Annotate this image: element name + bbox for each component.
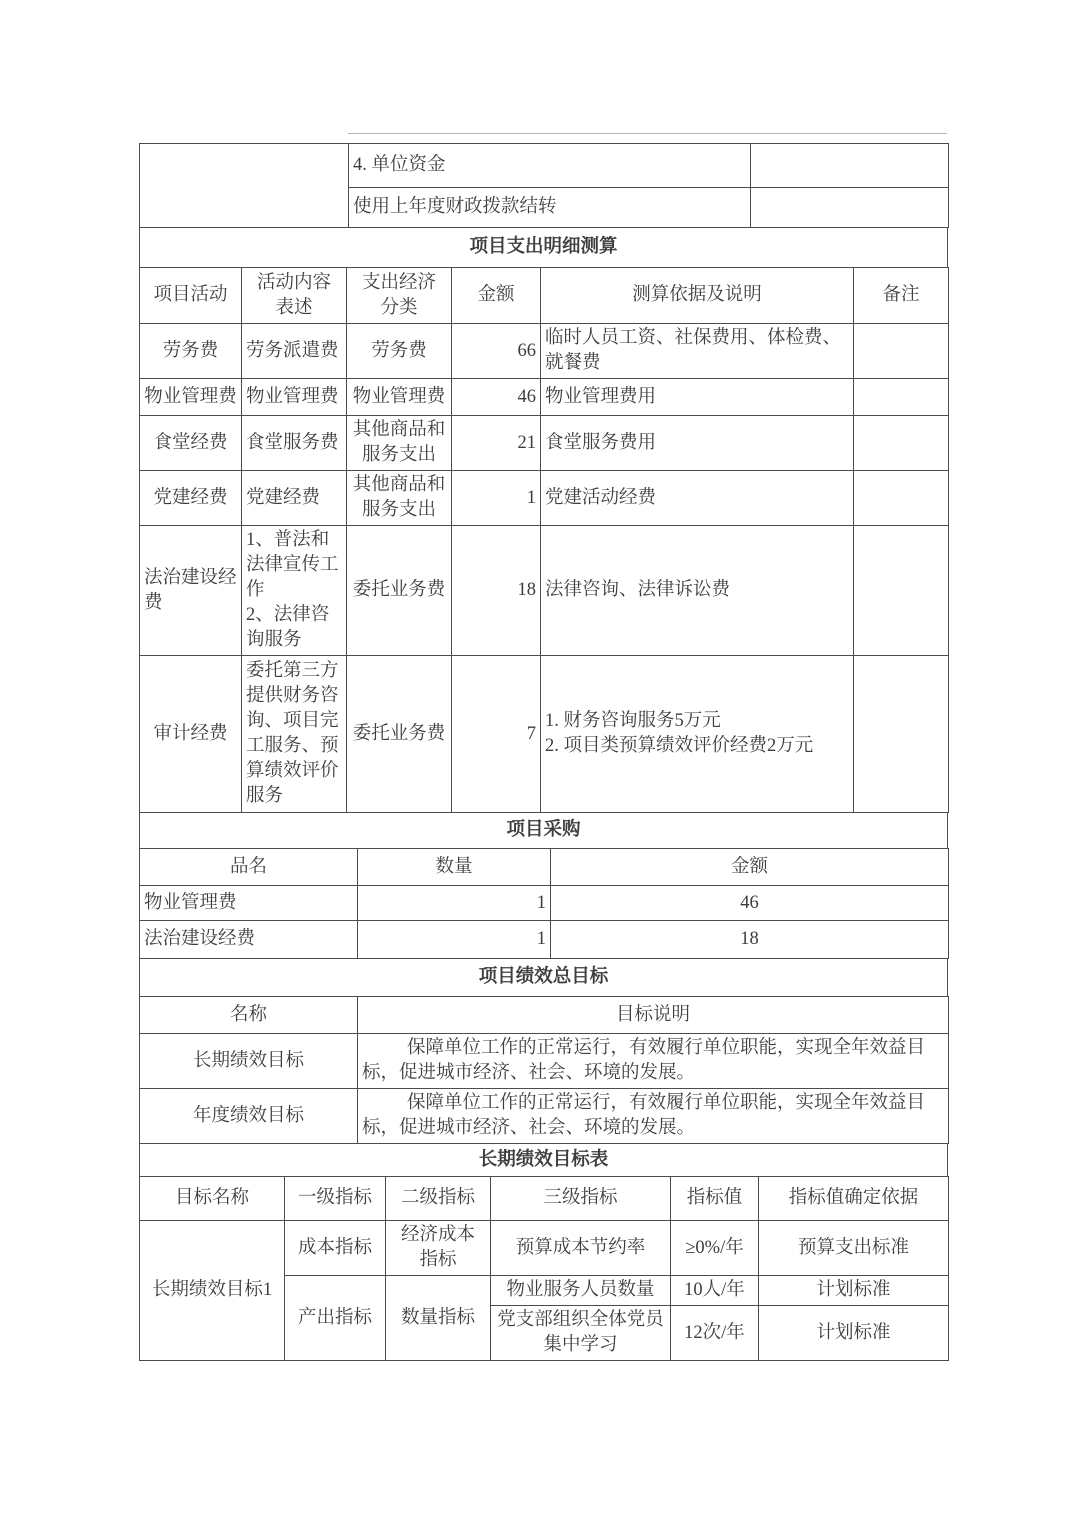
cell-basis: 物业管理费用 (541, 379, 854, 416)
cell-amount: 18 (551, 921, 949, 959)
table-row: 长期绩效目标 保障单位工作的正常运行，有效履行单位职能，实现全年效益目标，促进城… (140, 1034, 949, 1089)
col-header-goal-desc: 目标说明 (358, 997, 949, 1034)
cell-funding-amount-empty (751, 144, 949, 188)
cell-amount: 46 (551, 886, 949, 921)
table-row: 法治建设经费 1 18 (140, 921, 949, 959)
cell-note (854, 656, 949, 813)
table-row: 长期绩效目标表 (140, 1144, 948, 1177)
longterm-goal-table: 目标名称 一级指标 二级指标 三级指标 指标值 指标值确定依据 长期绩效目标1 … (139, 1176, 949, 1361)
cell-level1: 产出指标 (285, 1276, 386, 1361)
procurement-table: 品名 数量 金额 物业管理费 1 46 法治建设经费 1 18 (139, 848, 949, 959)
table-header-row: 目标名称 一级指标 二级指标 三级指标 指标值 指标值确定依据 (140, 1177, 949, 1221)
cell-level3: 预算成本节约率 (491, 1221, 671, 1276)
col-header-activity: 项目活动 (140, 268, 242, 324)
cell-amount: 7 (452, 656, 541, 813)
cell-level2: 数量指标 (386, 1276, 491, 1361)
cell-value-basis: 计划标准 (759, 1276, 949, 1306)
cell-basis: 法律咨询、法律诉讼费 (541, 526, 854, 656)
cell-activity: 物业管理费 (140, 379, 242, 416)
cell-amount: 1 (452, 471, 541, 526)
section-title-procurement: 项目采购 (140, 813, 948, 849)
table-row: 物业管理费 1 46 (140, 886, 949, 921)
table-row: 法治建设经费 1、普法和法律宣传工作 2、法律咨询服务 委托业务费 18 法律咨… (140, 526, 949, 656)
cell-amount: 18 (452, 526, 541, 656)
cell-category: 劳务费 (347, 324, 452, 379)
cell-level3: 物业服务人员数量 (491, 1276, 671, 1306)
col-header-quantity: 数量 (358, 849, 551, 886)
cell-goal-desc: 保障单位工作的正常运行，有效履行单位职能，实现全年效益目标，促进城市经济、社会、… (358, 1089, 949, 1144)
cell-amount: 66 (452, 324, 541, 379)
col-header-amount: 金额 (551, 849, 949, 886)
cell-basis: 临时人员工资、社保费用、体检费、就餐费 (541, 324, 854, 379)
cutoff-row-remnant-line (348, 133, 947, 134)
cell-goal-name: 年度绩效目标 (140, 1089, 358, 1144)
table-row: 党建经费 党建经费 其他商品和服务支出 1 党建活动经费 (140, 471, 949, 526)
col-header-category: 支出经济 分类 (347, 268, 452, 324)
cell-goal-desc: 保障单位工作的正常运行，有效履行单位职能，实现全年效益目标，促进城市经济、社会、… (358, 1034, 949, 1089)
cell-content: 劳务派遣费 (242, 324, 347, 379)
cell-content: 物业管理费 (242, 379, 347, 416)
cell-value-basis: 预算支出标准 (759, 1221, 949, 1276)
col-header-goal-name: 名称 (140, 997, 358, 1034)
cell-note (854, 526, 949, 656)
cell-item-name: 法治建设经费 (140, 921, 358, 959)
procurement-section-header: 项目采购 (139, 812, 948, 849)
table-row: 4. 单位资金 (140, 144, 949, 188)
cell-content: 党建经费 (242, 471, 347, 526)
cell-basis: 食堂服务费用 (541, 416, 854, 471)
cell-note (854, 471, 949, 526)
cell-activity: 党建经费 (140, 471, 242, 526)
table-row: 项目支出明细测算 (140, 228, 948, 268)
col-header-note: 备注 (854, 268, 949, 324)
table-row: 长期绩效目标1 成本指标 经济成本 指标 预算成本节约率 ≥0%/年 预算支出标… (140, 1221, 949, 1276)
expenditure-detail-table: 项目活动 活动内容 表述 支出经济 分类 金额 测算依据及说明 备注 劳务费 劳… (139, 267, 949, 813)
cell-level3: 党支部组织全体党员 集中学习 (491, 1306, 671, 1361)
cell-note (854, 324, 949, 379)
cell-funding-item: 使用上年度财政拨款结转 (349, 188, 751, 228)
cell-category: 委托业务费 (347, 656, 452, 813)
table-header-row: 项目活动 活动内容 表述 支出经济 分类 金额 测算依据及说明 备注 (140, 268, 949, 324)
cell-amount: 21 (452, 416, 541, 471)
cell-category: 委托业务费 (347, 526, 452, 656)
cell-basis: 党建活动经费 (541, 471, 854, 526)
overall-goal-section-header: 项目绩效总目标 (139, 958, 948, 997)
cell-category: 物业管理费 (347, 379, 452, 416)
table-row: 物业管理费 物业管理费 物业管理费 46 物业管理费用 (140, 379, 949, 416)
cell-content: 委托第三方提供财务咨询、项目完工服务、预算绩效评价服务 (242, 656, 347, 813)
funding-source-carryover-table: 4. 单位资金 使用上年度财政拨款结转 (139, 143, 949, 228)
col-header-level2: 二级指标 (386, 1177, 491, 1221)
cell-note (854, 379, 949, 416)
table-row: 年度绩效目标 保障单位工作的正常运行，有效履行单位职能，实现全年效益目标，促进城… (140, 1089, 949, 1144)
col-header-amount: 金额 (452, 268, 541, 324)
table-header-row: 名称 目标说明 (140, 997, 949, 1034)
cell-note (854, 416, 949, 471)
cell-item-name: 物业管理费 (140, 886, 358, 921)
section-title-overall-goal: 项目绩效总目标 (140, 959, 948, 997)
cell-level2: 经济成本 指标 (386, 1221, 491, 1276)
overall-goal-table: 名称 目标说明 长期绩效目标 保障单位工作的正常运行，有效履行单位职能，实现全年… (139, 996, 949, 1144)
budget-table-sheet: 4. 单位资金 使用上年度财政拨款结转 项目支出明细测算 项目活动 活动内容 表… (139, 143, 948, 1361)
cell-content: 食堂服务费 (242, 416, 347, 471)
table-header-row: 品名 数量 金额 (140, 849, 949, 886)
table-row: 食堂经费 食堂服务费 其他商品和服务支出 21 食堂服务费用 (140, 416, 949, 471)
cell-category: 其他商品和服务支出 (347, 471, 452, 526)
cell-value-basis: 计划标准 (759, 1306, 949, 1361)
cell-value: ≥0%/年 (671, 1221, 759, 1276)
cell-activity: 食堂经费 (140, 416, 242, 471)
cell-category: 其他商品和服务支出 (347, 416, 452, 471)
cell-content: 1、普法和法律宣传工作 2、法律咨询服务 (242, 526, 347, 656)
cell-value: 10人/年 (671, 1276, 759, 1306)
cell-funding-amount-empty (751, 188, 949, 228)
col-header-value-basis: 指标值确定依据 (759, 1177, 949, 1221)
cell-basis: 1. 财务咨询服务5万元 2. 项目类预算绩效评价经费2万元 (541, 656, 854, 813)
table-row: 项目绩效总目标 (140, 959, 948, 997)
col-header-level3: 三级指标 (491, 1177, 671, 1221)
longterm-section-header: 长期绩效目标表 (139, 1143, 948, 1177)
cell-activity: 审计经费 (140, 656, 242, 813)
section-title-expenditure: 项目支出明细测算 (140, 228, 948, 268)
cell-amount: 46 (452, 379, 541, 416)
document-page: 4. 单位资金 使用上年度财政拨款结转 项目支出明细测算 项目活动 活动内容 表… (0, 0, 1075, 1520)
section-title-longterm: 长期绩效目标表 (140, 1144, 948, 1177)
cell-quantity: 1 (358, 921, 551, 959)
col-header-goal-name: 目标名称 (140, 1177, 285, 1221)
col-header-value: 指标值 (671, 1177, 759, 1221)
table-row: 审计经费 委托第三方提供财务咨询、项目完工服务、预算绩效评价服务 委托业务费 7… (140, 656, 949, 813)
cell-value: 12次/年 (671, 1306, 759, 1361)
cell-goal-name: 长期绩效目标 (140, 1034, 358, 1089)
table-row: 劳务费 劳务派遣费 劳务费 66 临时人员工资、社保费用、体检费、就餐费 (140, 324, 949, 379)
col-header-level1: 一级指标 (285, 1177, 386, 1221)
col-header-content: 活动内容 表述 (242, 268, 347, 324)
cell-goal-name: 长期绩效目标1 (140, 1221, 285, 1361)
table-row: 项目采购 (140, 813, 948, 849)
col-header-item-name: 品名 (140, 849, 358, 886)
cell-funding-item: 4. 单位资金 (349, 144, 751, 188)
expenditure-section-header: 项目支出明细测算 (139, 227, 948, 268)
cell-activity: 劳务费 (140, 324, 242, 379)
cell-activity: 法治建设经费 (140, 526, 242, 656)
cell-level1: 成本指标 (285, 1221, 386, 1276)
cell-funding-source-label-empty (140, 144, 349, 228)
col-header-basis: 测算依据及说明 (541, 268, 854, 324)
cell-quantity: 1 (358, 886, 551, 921)
